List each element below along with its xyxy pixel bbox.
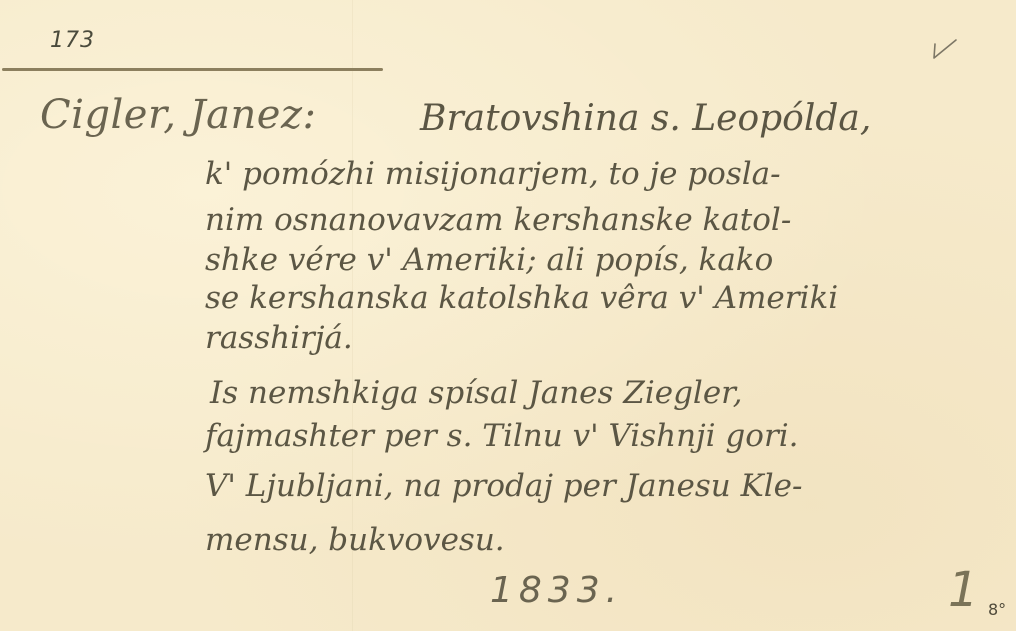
title-line-1: Bratovshina s. Leopólda, xyxy=(420,98,871,139)
imprint-line-2: mensu, bukvovesu. xyxy=(205,522,505,558)
title-line-5: se kershanska katolshka vêra v' Ameriki xyxy=(205,280,838,316)
title-line-6: rasshirjá. xyxy=(205,320,353,356)
translator-position-line: fajmashter per s. Tilnu v' Vishnji gori. xyxy=(205,418,799,454)
translator-line: Is nemshkiga spísal Janes Ziegler, xyxy=(210,375,742,411)
format-octavo: 8° xyxy=(988,600,1006,619)
title-line-2: k' pomózhi misijonarjem, to je posla- xyxy=(205,156,781,192)
catalog-number: 173 xyxy=(50,28,95,53)
header-divider xyxy=(2,68,383,71)
imprint-line-1: V' Ljubljani, na prodaj per Janesu Kle- xyxy=(205,468,803,504)
volume-count: 1 xyxy=(948,562,979,618)
author-name: Cigler, Janez: xyxy=(40,92,317,138)
title-line-4: shke vére v' Ameriki; ali popís, kako xyxy=(205,242,773,278)
publication-year: 1833. xyxy=(490,570,623,611)
title-line-3: nim osnanovavzam kershanske katol- xyxy=(205,202,791,238)
catalog-card: 173 Cigler, Janez: Bratovshina s. Leopól… xyxy=(0,0,1016,631)
check-mark-icon xyxy=(932,38,962,68)
